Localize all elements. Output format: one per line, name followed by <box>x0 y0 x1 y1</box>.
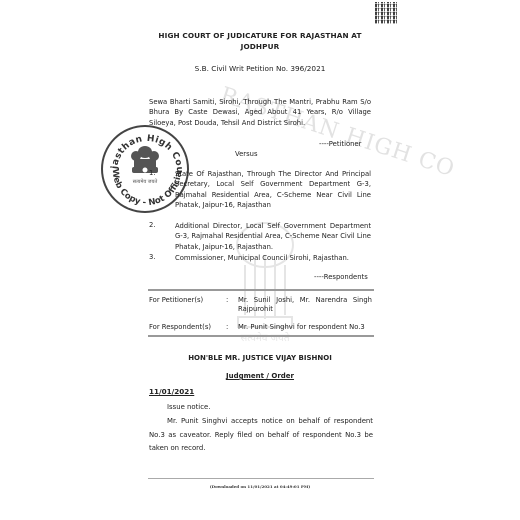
order-paragraph-1: Issue notice. <box>149 401 373 415</box>
court-title-line1: HIGH COURT OF JUDICATURE FOR RAJASTHAN A… <box>150 30 370 41</box>
respondent-1: State Of Rajasthan, Through The Director… <box>175 169 371 211</box>
svg-text:सत्यमेव जयते: सत्यमेव जयते <box>240 332 289 344</box>
respondent-counsel-label: For Respondent(s) <box>149 323 211 331</box>
download-footer: (Downloaded on 11/01/2021 at 04:49:01 PM… <box>150 484 370 489</box>
respondent-3-num: 3. <box>149 253 156 261</box>
respondent-3: Commissioner, Municipal Council Sirohi, … <box>175 253 371 263</box>
order-date: 11/01/2021 <box>149 387 194 396</box>
respondent-counsel: Mr. Punit Singhvi for respondent No.3 <box>238 323 372 332</box>
colon: : <box>226 323 228 331</box>
case-number: S.B. Civil Writ Petition No. 396/2021 <box>150 64 370 73</box>
respondent-1-num: 1. <box>149 169 156 177</box>
respondents-role: ----Respondents <box>314 273 368 281</box>
svg-text:सत्यमेव जयते: सत्यमेव जयते <box>133 178 158 185</box>
judge-name: HON'BLE MR. JUSTICE VIJAY BISHNOI <box>150 354 370 362</box>
divider-top <box>148 289 374 291</box>
petitioner-details: Sewa Bharti Samiti, Sirohi, Through The … <box>149 97 371 128</box>
court-title-line2: JODHPUR <box>150 41 370 52</box>
colon: : <box>226 296 228 304</box>
court-title: HIGH COURT OF JUDICATURE FOR RAJASTHAN A… <box>150 30 370 52</box>
order-paragraph-2: Mr. Punit Singhvi accepts notice on beha… <box>149 415 373 456</box>
order-title: Judgment / Order <box>150 372 370 380</box>
respondent-2-num: 2. <box>149 221 156 229</box>
petitioner-counsel-label: For Petitioner(s) <box>149 296 203 304</box>
petitioner-role: ----Petitioner <box>319 140 361 148</box>
petitioner-counsel: Mr. Sunil Joshi, Mr. Narendra Singh Rajp… <box>238 296 372 314</box>
versus-label: Versus <box>235 150 258 158</box>
respondent-2: Additional Director, Local Self Governme… <box>175 221 371 252</box>
ashoka-emblem-icon: सत्यमेव जयते <box>128 143 162 187</box>
qr-code <box>375 2 397 24</box>
footer-divider <box>148 478 374 479</box>
divider-bottom <box>148 335 374 337</box>
